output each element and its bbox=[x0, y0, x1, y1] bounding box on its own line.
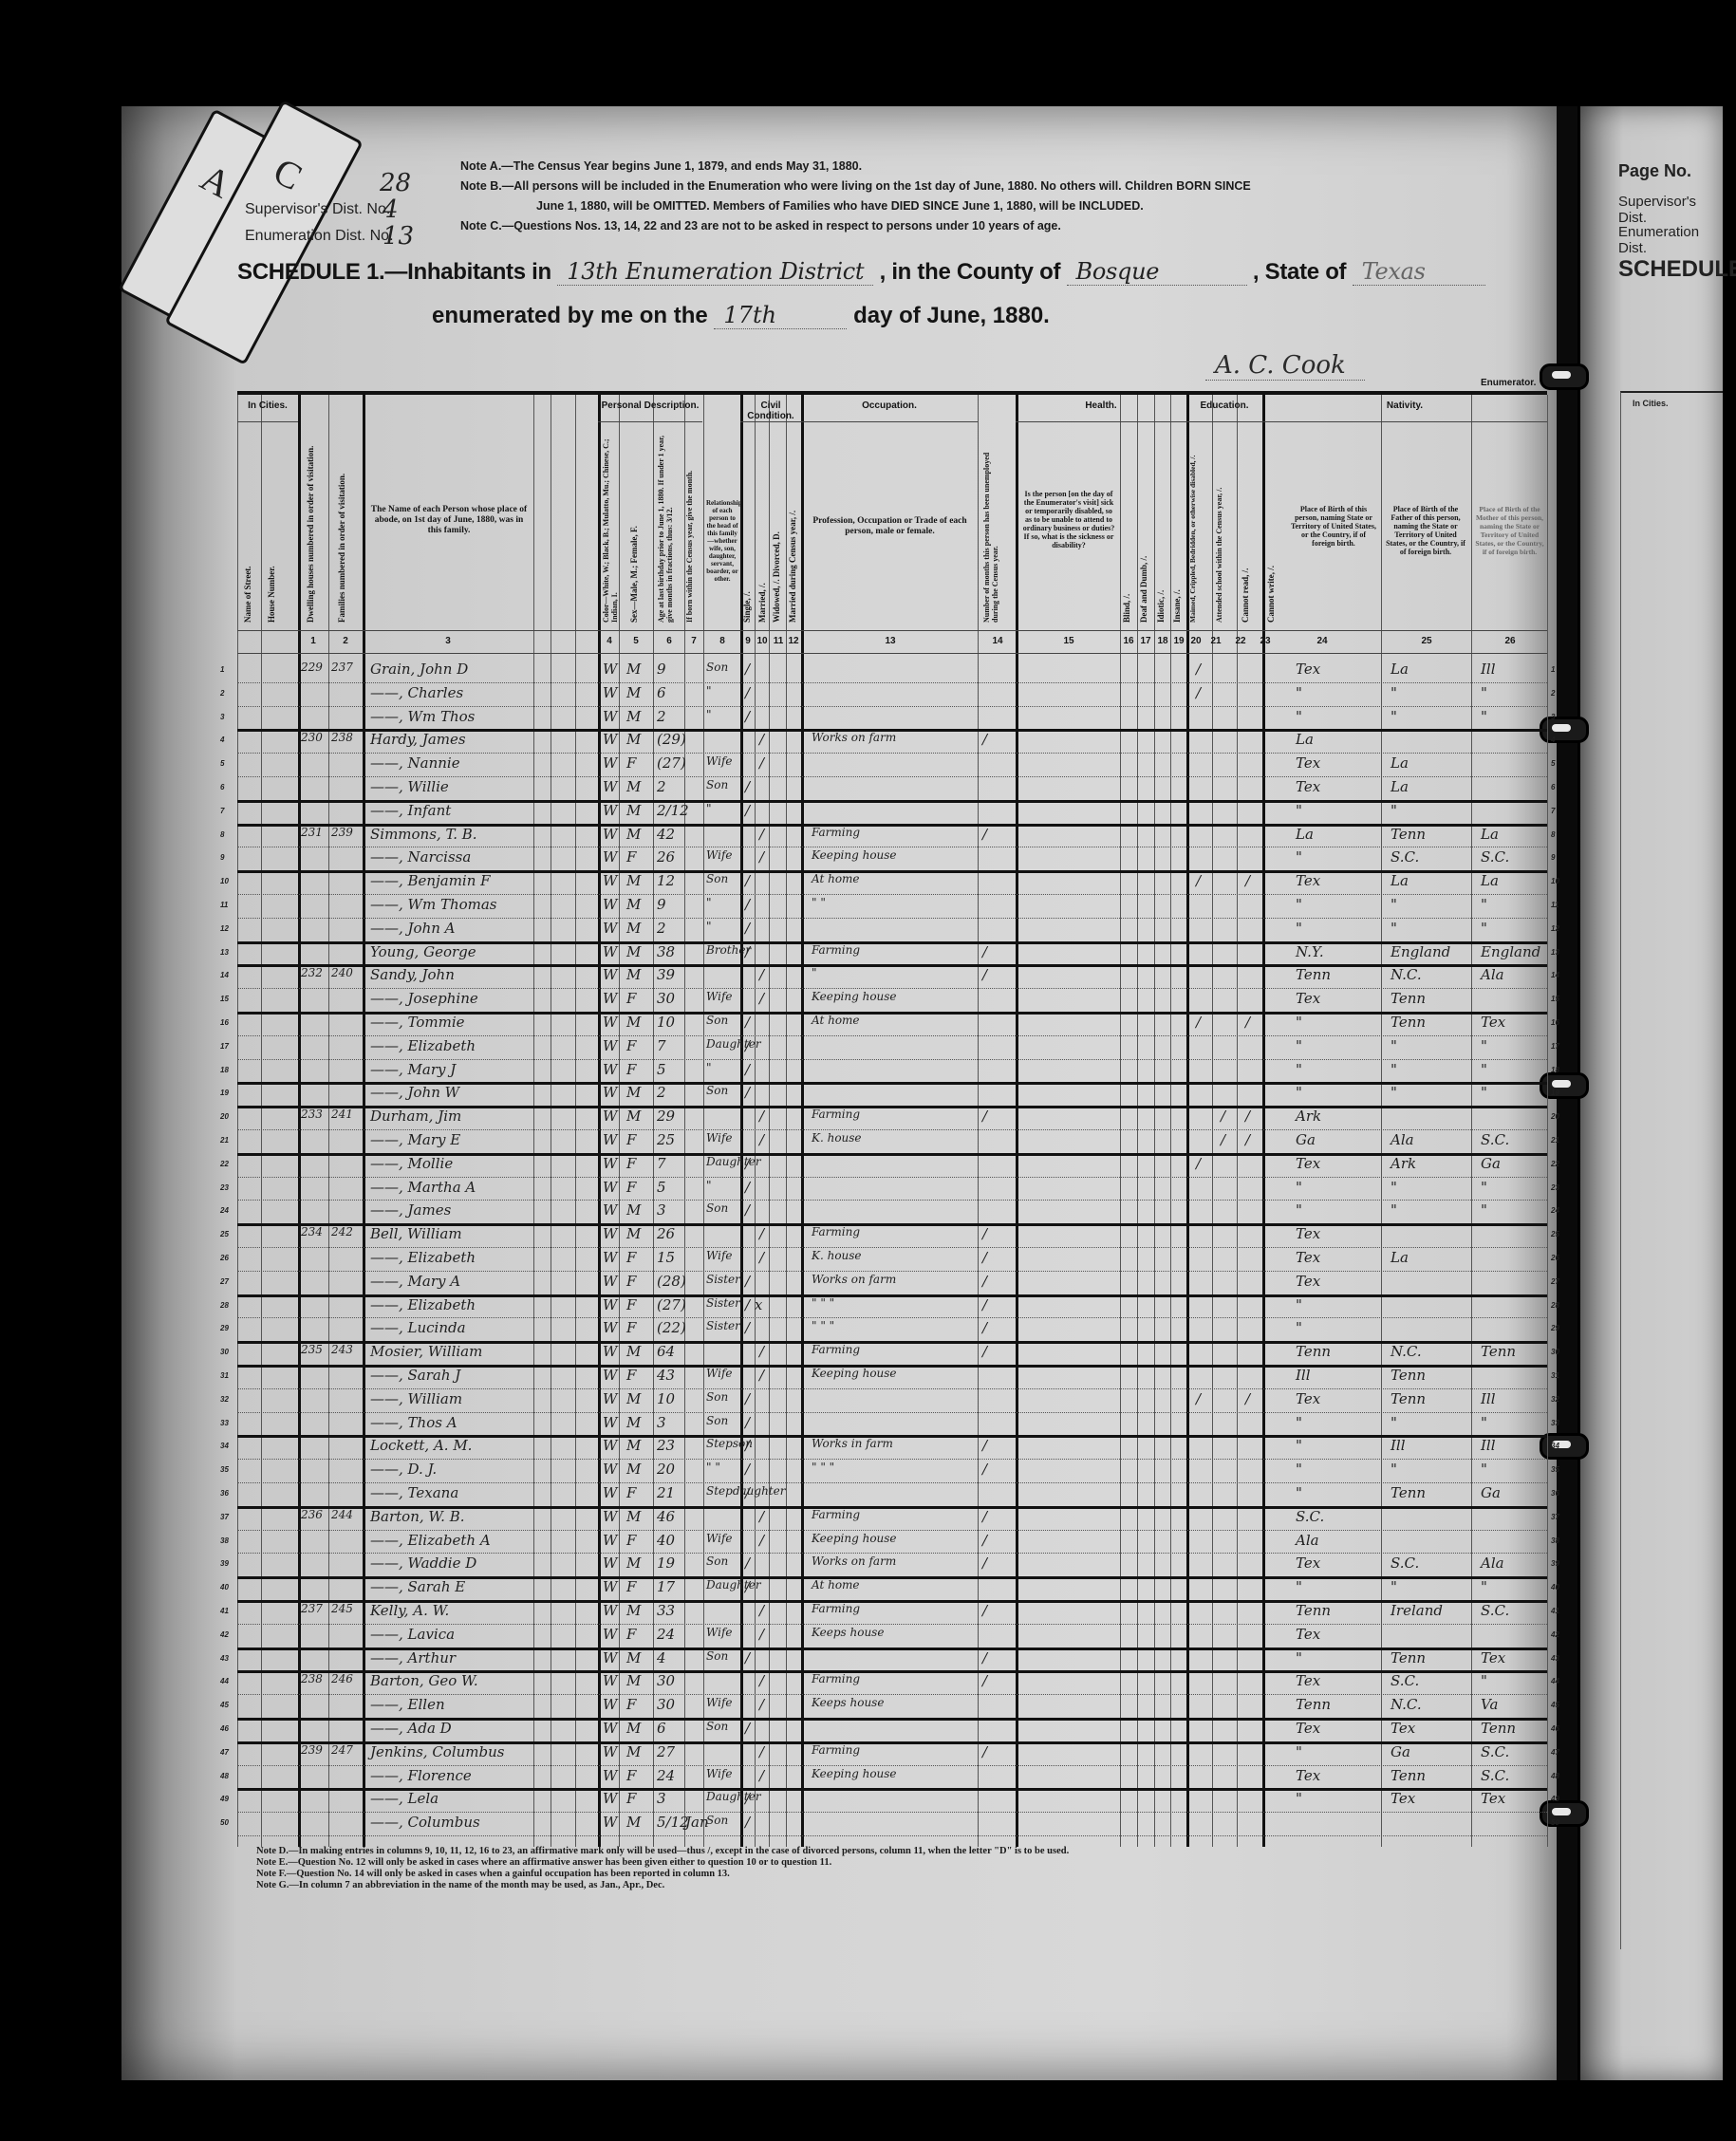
sex: M bbox=[626, 802, 641, 819]
age: 33 bbox=[657, 1602, 675, 1619]
table-row: ——, Elizabeth AWF40Wife/Keeping house/Al… bbox=[237, 1530, 1547, 1552]
table-row: 235243Mosier, WilliamWM64/Farming/TennN.… bbox=[237, 1341, 1547, 1363]
father-birthplace: N.C. bbox=[1391, 966, 1422, 983]
sex: M bbox=[626, 1602, 641, 1619]
single-mark: / bbox=[745, 661, 750, 678]
column-number: 13 bbox=[876, 636, 905, 646]
line-number: 41 bbox=[220, 1607, 229, 1615]
person-name: ——, Josephine bbox=[370, 990, 478, 1007]
color: W bbox=[603, 1696, 617, 1713]
dwelling-number: 237 bbox=[301, 1602, 323, 1615]
line-number: 4 bbox=[220, 735, 224, 744]
adjacent-grid: In Cities. bbox=[1620, 391, 1723, 1949]
relationship: Son bbox=[706, 661, 728, 674]
line-number: 15 bbox=[220, 995, 229, 1003]
color: W bbox=[603, 1249, 617, 1266]
note-a: Note A.—The Census Year begins June 1, 1… bbox=[460, 157, 1485, 177]
birthplace: " bbox=[1296, 1319, 1302, 1336]
line-number: 30 bbox=[220, 1348, 229, 1356]
dwelling-number: 233 bbox=[301, 1108, 323, 1121]
table-row: ——, WilliamWM10Son///TexTennIll3232 bbox=[237, 1388, 1547, 1410]
line-number: 22 bbox=[220, 1160, 229, 1168]
line-number: 32 bbox=[220, 1395, 229, 1404]
group-occupation: Occupation. bbox=[801, 400, 978, 411]
father-birthplace: " bbox=[1391, 1414, 1397, 1431]
cannot-write-mark: / bbox=[1245, 1390, 1250, 1407]
age: 30 bbox=[657, 990, 675, 1007]
married-mark: / bbox=[759, 1343, 764, 1360]
color: W bbox=[603, 778, 617, 795]
occupation: Works on farm bbox=[812, 1555, 896, 1568]
single-mark: / bbox=[745, 943, 750, 960]
person-name: ——, Mary A bbox=[370, 1273, 460, 1290]
age: 19 bbox=[657, 1555, 675, 1572]
table-row: 230238Hardy, JamesWM(29)/Works on farm/L… bbox=[237, 729, 1547, 751]
sex: M bbox=[626, 872, 641, 889]
color: W bbox=[603, 1179, 617, 1196]
column-number: 1 bbox=[299, 636, 327, 646]
single-mark: / bbox=[745, 802, 750, 819]
father-birthplace: Tenn bbox=[1391, 1767, 1426, 1784]
age: 2 bbox=[657, 778, 666, 795]
relationship: " " bbox=[706, 1461, 720, 1474]
person-name: ——, Sarah J bbox=[370, 1367, 460, 1384]
person-name: ——, Wm Thos bbox=[370, 708, 475, 725]
sex: M bbox=[626, 943, 641, 960]
occupation: " " " bbox=[812, 1296, 834, 1310]
father-birthplace: " bbox=[1391, 1179, 1397, 1196]
birthplace: " bbox=[1296, 896, 1302, 913]
relationship: Daughter bbox=[706, 1037, 761, 1051]
occupation: Keeping house bbox=[812, 1532, 897, 1545]
birthplace: S.C. bbox=[1296, 1508, 1324, 1525]
sex: F bbox=[626, 1367, 636, 1384]
color: W bbox=[603, 1225, 617, 1242]
line-number: 40 bbox=[220, 1583, 229, 1592]
birthplace: Tex bbox=[1296, 1626, 1320, 1643]
person-name: ——, Sarah E bbox=[370, 1578, 465, 1595]
line-number: 10 bbox=[1551, 877, 1559, 885]
single-mark: / bbox=[745, 1814, 750, 1831]
adjacent-page: Page No. Supervisor's Dist. Enumeration … bbox=[1580, 106, 1723, 2080]
sex: M bbox=[626, 1461, 641, 1478]
sex: M bbox=[626, 966, 641, 983]
table-row: ——, Thos AWM3Son/"""3333 bbox=[237, 1412, 1547, 1434]
occupation: " " " bbox=[812, 1319, 834, 1332]
age: 21 bbox=[657, 1484, 675, 1501]
mother-birthplace: Ill bbox=[1481, 1437, 1496, 1454]
relationship: Wife bbox=[706, 848, 733, 862]
table-row: 233241Durham, JimWM29/Farming///Ark2020 bbox=[237, 1106, 1547, 1127]
color: W bbox=[603, 1061, 617, 1078]
line-number: 26 bbox=[220, 1254, 229, 1262]
dwelling-number: 238 bbox=[301, 1672, 323, 1685]
married-mark: / bbox=[759, 990, 764, 1007]
sex: M bbox=[626, 1743, 641, 1760]
relationship: Son bbox=[706, 1201, 728, 1215]
sex: M bbox=[626, 896, 641, 913]
color: W bbox=[603, 1131, 617, 1148]
sex: F bbox=[626, 1273, 636, 1290]
birth-month: Jan bbox=[685, 1814, 709, 1831]
column-number: 3 bbox=[434, 636, 462, 646]
single-mark: / bbox=[745, 1390, 750, 1407]
line-number: 35 bbox=[1551, 1465, 1559, 1474]
table-row: ——, ArthurWM4Son//"TennTex4343 bbox=[237, 1648, 1547, 1669]
table-row: ——, ColumbusWM5/12JanSon/5050 bbox=[237, 1812, 1547, 1834]
father-birthplace: " bbox=[1391, 920, 1397, 937]
line-number: 30 bbox=[1551, 1348, 1559, 1356]
line-number: 19 bbox=[220, 1089, 229, 1097]
person-name: ——, James bbox=[370, 1201, 451, 1219]
table-row: ——, NarcissaWF26Wife/Keeping house"S.C.S… bbox=[237, 847, 1547, 868]
sex: F bbox=[626, 1249, 636, 1266]
mother-birthplace: " bbox=[1481, 1672, 1487, 1689]
mother-birthplace: " bbox=[1481, 920, 1487, 937]
sex: F bbox=[626, 1767, 636, 1784]
table-row: 229237Grain, John DWM9Son//TexLaIll11 bbox=[237, 659, 1547, 680]
table-row: 239247Jenkins, ColumbusWM27/Farming/"GaS… bbox=[237, 1741, 1547, 1763]
relationship: Son bbox=[706, 1390, 728, 1404]
header-school: Attended school within the Census year, … bbox=[1215, 452, 1223, 623]
color: W bbox=[603, 1037, 617, 1054]
sex: F bbox=[626, 1179, 636, 1196]
father-birthplace: La bbox=[1391, 1249, 1409, 1266]
age: 10 bbox=[657, 1390, 675, 1407]
date-suffix: day of June, 1880. bbox=[853, 303, 1050, 328]
line-number: 23 bbox=[220, 1183, 229, 1192]
header-married-year: Married during Census year, /. bbox=[788, 499, 797, 623]
header-family: Families numbered in order of visitation… bbox=[337, 442, 346, 623]
mother-birthplace: England bbox=[1481, 943, 1540, 960]
sex: F bbox=[626, 1626, 636, 1643]
mother-birthplace: Ill bbox=[1481, 1390, 1496, 1407]
single-mark: / bbox=[745, 684, 750, 701]
header-birth-father: Place of Birth of the Father of this per… bbox=[1384, 505, 1467, 556]
line-number: 40 bbox=[1551, 1583, 1559, 1592]
mother-birthplace: Ala bbox=[1481, 1555, 1504, 1572]
color: W bbox=[603, 802, 617, 819]
line-number: 21 bbox=[1551, 1136, 1559, 1145]
occupation: Keeping house bbox=[812, 1767, 897, 1780]
person-name: ——, Mary E bbox=[370, 1131, 460, 1148]
father-birthplace: N.C. bbox=[1391, 1696, 1422, 1713]
line-number: 38 bbox=[1551, 1536, 1559, 1545]
birthplace: " bbox=[1296, 1484, 1302, 1501]
cannot-read-mark: / bbox=[1221, 1108, 1225, 1125]
age: 25 bbox=[657, 1131, 675, 1148]
father-birthplace: " bbox=[1391, 1578, 1397, 1595]
sex: F bbox=[626, 1790, 636, 1807]
person-name: ——, Elizabeth bbox=[370, 1037, 476, 1054]
table-row: ——, Waddie DWM19Son/Works on farm/TexS.C… bbox=[237, 1553, 1547, 1574]
single-mark: / bbox=[745, 1484, 750, 1501]
dwelling-number: 232 bbox=[301, 966, 323, 979]
group-personal: Personal Description. bbox=[598, 400, 702, 411]
person-name: ——, Thos A bbox=[370, 1414, 457, 1431]
occupation: Farming bbox=[812, 1225, 860, 1238]
enumerator-label: Enumerator. bbox=[1481, 378, 1536, 388]
table-row: ——, Mary AWF(28)Sister/Works on farm/Tex… bbox=[237, 1271, 1547, 1293]
relationship: Son bbox=[706, 1814, 728, 1827]
enumerator-signature: A. C. Cook bbox=[1205, 351, 1365, 381]
sex: F bbox=[626, 1296, 636, 1313]
birthplace: " bbox=[1296, 1414, 1302, 1431]
sex: M bbox=[626, 1720, 641, 1737]
father-birthplace: Tenn bbox=[1391, 1014, 1426, 1031]
table-row: ——, Sarah JWF43Wife/Keeping houseIllTenn… bbox=[237, 1365, 1547, 1387]
occupation: Farming bbox=[812, 826, 860, 839]
column-number: 15 bbox=[1055, 636, 1083, 646]
family-number: 241 bbox=[331, 1108, 353, 1121]
school-mark: / bbox=[1196, 1390, 1201, 1407]
relationship: Wife bbox=[706, 1767, 733, 1780]
birthplace: " bbox=[1296, 1084, 1302, 1101]
relationship: Son bbox=[706, 1084, 728, 1097]
line-number: 18 bbox=[1551, 1066, 1559, 1074]
line-number: 25 bbox=[1551, 1230, 1559, 1238]
father-birthplace: Tenn bbox=[1391, 1484, 1426, 1501]
column-number: 14 bbox=[983, 636, 1012, 646]
birthplace: " bbox=[1296, 802, 1302, 819]
header-house: House Number. bbox=[267, 528, 276, 623]
line-number: 14 bbox=[1551, 971, 1559, 979]
father-birthplace: " bbox=[1391, 708, 1397, 725]
sex: F bbox=[626, 754, 636, 772]
single-mark: / bbox=[745, 1649, 750, 1666]
line-number: 2 bbox=[1551, 689, 1555, 698]
line-number: 11 bbox=[220, 901, 228, 909]
occupation: K. house bbox=[812, 1131, 862, 1145]
table-row: Young, GeorgeWM38Brother/Farming/N.Y.Eng… bbox=[237, 941, 1547, 963]
line-number: 36 bbox=[220, 1489, 229, 1498]
unemployed-mark: / bbox=[982, 1555, 987, 1572]
relationship: " bbox=[706, 920, 712, 933]
header-unemployed: Number of months this person has been un… bbox=[982, 433, 1011, 623]
cannot-write-mark: / bbox=[1245, 872, 1250, 889]
relationship: Son bbox=[706, 872, 728, 885]
father-birthplace: Ireland bbox=[1391, 1602, 1443, 1619]
father-birthplace: " bbox=[1391, 1461, 1397, 1478]
father-birthplace: Ark bbox=[1391, 1155, 1416, 1172]
line-number: 50 bbox=[1551, 1818, 1559, 1827]
color: W bbox=[603, 1319, 617, 1336]
line-number: 11 bbox=[1551, 901, 1559, 909]
mother-birthplace: " bbox=[1481, 1414, 1487, 1431]
birthplace: Tex bbox=[1296, 1720, 1320, 1737]
color: W bbox=[603, 661, 617, 678]
line-number: 19 bbox=[1551, 1089, 1559, 1097]
age: 7 bbox=[657, 1155, 666, 1172]
relationship: Wife bbox=[706, 754, 733, 768]
mother-birthplace: Ill bbox=[1481, 661, 1496, 678]
age: 9 bbox=[657, 661, 666, 678]
father-birthplace: Tex bbox=[1391, 1790, 1415, 1807]
person-name: ——, Arthur bbox=[370, 1649, 456, 1666]
line-number: 34 bbox=[220, 1442, 229, 1450]
line-number: 36 bbox=[1551, 1489, 1559, 1498]
relationship: Wife bbox=[706, 990, 733, 1003]
sex: F bbox=[626, 990, 636, 1007]
note-c: Note C.—Questions Nos. 13, 14, 22 and 23… bbox=[460, 216, 1485, 236]
color: W bbox=[603, 708, 617, 725]
line-number: 46 bbox=[220, 1724, 229, 1733]
relationship: Wife bbox=[706, 1532, 733, 1545]
dwelling-number: 235 bbox=[301, 1343, 323, 1356]
birthplace: Tex bbox=[1296, 1390, 1320, 1407]
age: 30 bbox=[657, 1672, 675, 1689]
table-row: ——, Wm ThomasWM9"/" """"1111 bbox=[237, 894, 1547, 916]
color: W bbox=[603, 990, 617, 1007]
line-number: 38 bbox=[220, 1536, 229, 1545]
birthplace: Tex bbox=[1296, 990, 1320, 1007]
relationship: " bbox=[706, 1061, 712, 1074]
age: 64 bbox=[657, 1343, 675, 1360]
occupation: Keeps house bbox=[812, 1696, 884, 1709]
birthplace: " bbox=[1296, 1743, 1302, 1760]
age: 2 bbox=[657, 1084, 666, 1101]
birthplace: Ga bbox=[1296, 1131, 1316, 1148]
line-number: 17 bbox=[1551, 1042, 1559, 1051]
table-row: ——, John AWM2"/"""1212 bbox=[237, 918, 1547, 940]
color: W bbox=[603, 1767, 617, 1784]
occupation: K. house bbox=[812, 1249, 862, 1262]
state-label: , State of bbox=[1253, 259, 1346, 285]
family-number: 247 bbox=[331, 1743, 353, 1757]
color: W bbox=[603, 731, 617, 748]
married-mark: / bbox=[759, 1696, 764, 1713]
person-name: ——, Mary J bbox=[370, 1061, 456, 1078]
sex: F bbox=[626, 1484, 636, 1501]
color: W bbox=[603, 1672, 617, 1689]
line-number: 23 bbox=[1551, 1183, 1559, 1192]
color: W bbox=[603, 684, 617, 701]
birthplace: Tex bbox=[1296, 872, 1320, 889]
mother-birthplace: " bbox=[1481, 684, 1487, 701]
birthplace: Tenn bbox=[1296, 966, 1331, 983]
line-number: 45 bbox=[220, 1701, 229, 1709]
dwelling-number: 239 bbox=[301, 1743, 323, 1757]
line-number: 5 bbox=[1551, 759, 1555, 768]
color: W bbox=[603, 1484, 617, 1501]
table-row: ——, Martha AWF5"/"""2323 bbox=[237, 1177, 1547, 1199]
table-row: 237245Kelly, A. W.WM33/Farming/TennIrela… bbox=[237, 1600, 1547, 1622]
relationship: Wife bbox=[706, 1626, 733, 1639]
person-name: Sandy, John bbox=[370, 966, 455, 983]
age: 24 bbox=[657, 1767, 675, 1784]
table-row: Lockett, A. M.WM23Stepson/Works in farm/… bbox=[237, 1435, 1547, 1457]
sex: M bbox=[626, 1225, 641, 1242]
table-row: 231239Simmons, T. B.WM42/Farming/LaTennL… bbox=[237, 824, 1547, 846]
father-birthplace: Ga bbox=[1391, 1743, 1410, 1760]
mother-birthplace: " bbox=[1481, 1084, 1487, 1101]
birthplace: " bbox=[1296, 920, 1302, 937]
sex: F bbox=[626, 1319, 636, 1336]
table-row: ——, ElizabethWF7Daughter/"""1717 bbox=[237, 1035, 1547, 1057]
color: W bbox=[603, 1814, 617, 1831]
birthplace: " bbox=[1296, 1437, 1302, 1454]
line-number: 39 bbox=[1551, 1559, 1559, 1568]
color: W bbox=[603, 943, 617, 960]
birthplace: Tex bbox=[1296, 1273, 1320, 1290]
sex: M bbox=[626, 1201, 641, 1219]
line-number: 13 bbox=[220, 948, 229, 957]
mother-birthplace: S.C. bbox=[1481, 1602, 1509, 1619]
sex: F bbox=[626, 1696, 636, 1713]
line-number: 18 bbox=[220, 1066, 229, 1074]
school-mark: / bbox=[1196, 1014, 1201, 1031]
color: W bbox=[603, 1626, 617, 1643]
person-name: ——, John A bbox=[370, 920, 456, 937]
birthplace: Ark bbox=[1296, 1108, 1321, 1125]
color: W bbox=[603, 872, 617, 889]
note-d: Note D.—In making entries in columns 9, … bbox=[256, 1846, 1069, 1857]
header-deaf: Deaf and Dumb, /. bbox=[1139, 547, 1148, 623]
color: W bbox=[603, 1649, 617, 1666]
line-number: 27 bbox=[1551, 1277, 1559, 1286]
unemployed-mark: / bbox=[982, 1532, 987, 1549]
adjacent-enumeration-label: Enumeration Dist. bbox=[1618, 224, 1723, 256]
single-mark: / bbox=[745, 1037, 750, 1054]
married-mark: / bbox=[759, 1367, 764, 1384]
person-name: Barton, Geo W. bbox=[370, 1672, 478, 1689]
married-mark: / bbox=[759, 1249, 764, 1266]
married-mark: / bbox=[759, 826, 764, 843]
age: (27) bbox=[657, 1296, 686, 1313]
unemployed-mark: / bbox=[982, 1672, 987, 1689]
birthplace: Ala bbox=[1296, 1532, 1319, 1549]
cannot-write-mark: / bbox=[1245, 1108, 1250, 1125]
father-birthplace: " bbox=[1391, 1037, 1397, 1054]
person-name: ——, Elizabeth bbox=[370, 1249, 476, 1266]
age: 23 bbox=[657, 1437, 675, 1454]
relationship: " bbox=[706, 802, 712, 815]
supervisors-dist-field: Supervisor's Dist. No. 4 bbox=[245, 201, 390, 218]
married-mark: / bbox=[759, 1508, 764, 1525]
relationship: Sister bbox=[706, 1273, 740, 1286]
dwelling-number: 230 bbox=[301, 731, 323, 744]
color: W bbox=[603, 1390, 617, 1407]
birthplace: Tex bbox=[1296, 1555, 1320, 1572]
school-mark: / bbox=[1196, 661, 1201, 678]
line-number: 5 bbox=[220, 759, 224, 768]
mother-birthplace: S.C. bbox=[1481, 848, 1509, 866]
birthplace: Tex bbox=[1296, 1249, 1320, 1266]
person-name: ——, Willie bbox=[370, 778, 449, 795]
unemployed-mark: / bbox=[982, 1437, 987, 1454]
line-number: 7 bbox=[220, 807, 224, 815]
table-row: 234242Bell, WilliamWM26/Farming/Tex2525 bbox=[237, 1223, 1547, 1245]
mother-birthplace: S.C. bbox=[1481, 1743, 1509, 1760]
sex: M bbox=[626, 1437, 641, 1454]
line-number: 44 bbox=[220, 1677, 229, 1685]
occupation: Farming bbox=[812, 1343, 860, 1356]
footnotes: Note D.—In making entries in columns 9, … bbox=[256, 1846, 1069, 1891]
sex: M bbox=[626, 684, 641, 701]
person-name: Lockett, A. M. bbox=[370, 1437, 472, 1454]
line-number: 37 bbox=[1551, 1513, 1559, 1521]
person-name: ——, Benjamin F bbox=[370, 872, 491, 889]
mother-birthplace: " bbox=[1481, 708, 1487, 725]
line-number: 37 bbox=[220, 1513, 229, 1521]
age: 29 bbox=[657, 1108, 675, 1125]
married-mark: / bbox=[759, 1767, 764, 1784]
person-name: ——, Wm Thomas bbox=[370, 896, 497, 913]
line-number: 1 bbox=[1551, 665, 1555, 674]
group-in-cities: In Cities. bbox=[237, 400, 298, 411]
schedule-title: SCHEDULE 1.—Inhabitants in 13th Enumerat… bbox=[237, 258, 1485, 286]
single-mark: / bbox=[745, 1720, 750, 1737]
